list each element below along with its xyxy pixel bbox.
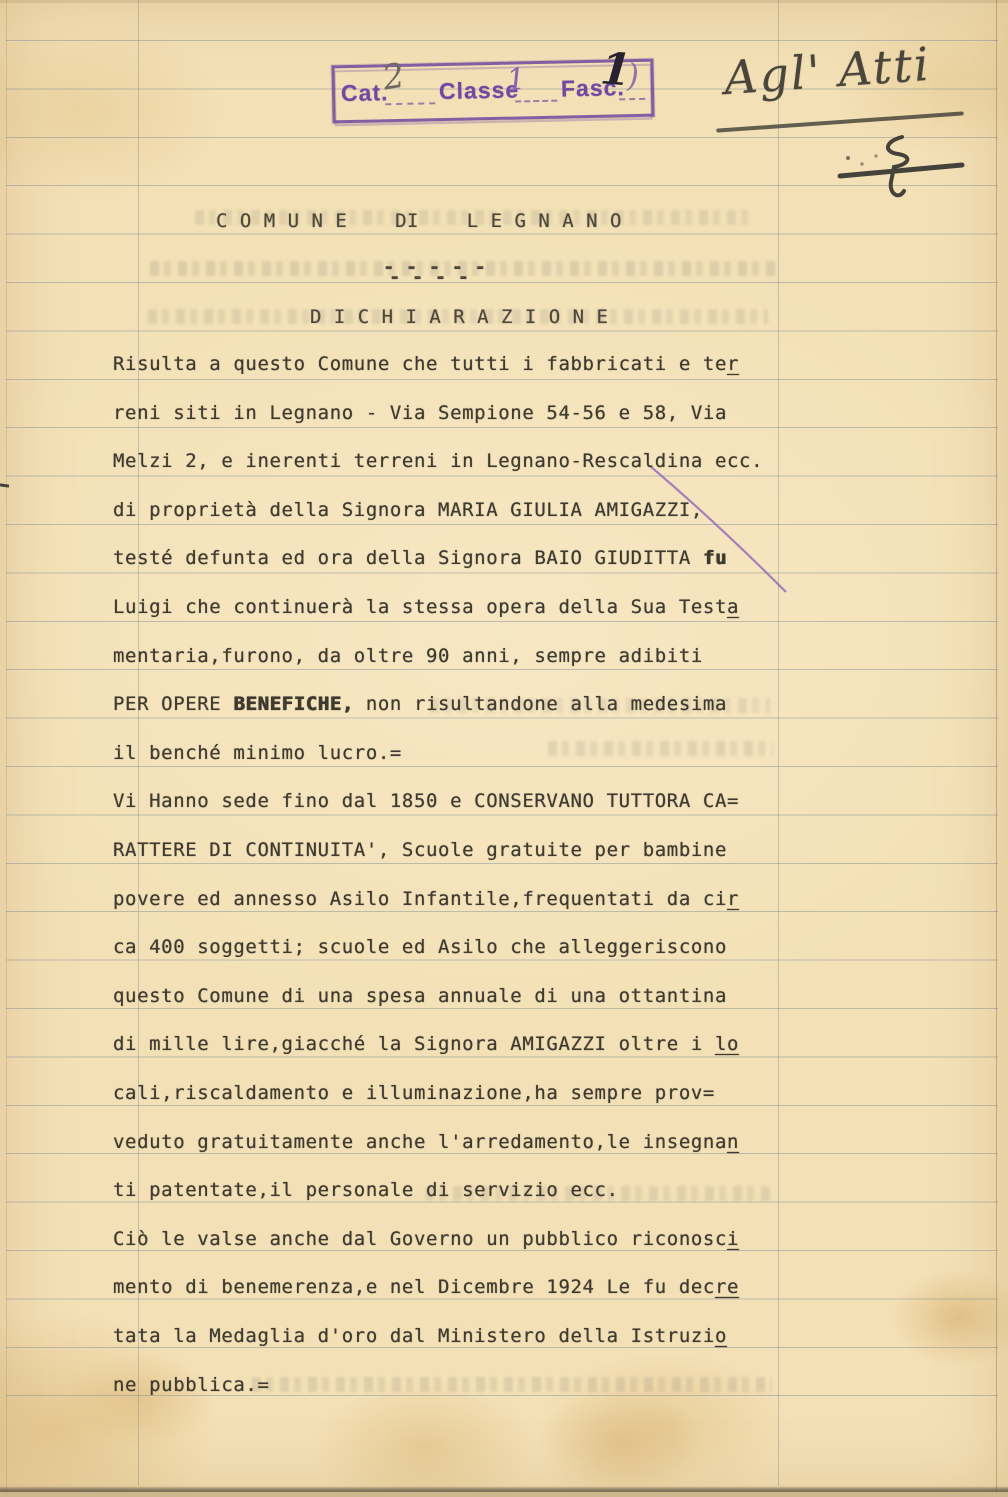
typed-line: ti patentate,il personale di servizio ec… (113, 1179, 619, 1201)
typed-line: Melzi 2, e inerenti terreni in Legnano-R… (113, 450, 763, 472)
document-title: C O M U N E DI L E G N A N O (216, 210, 622, 232)
typed-line: ca 400 soggetti; scuole ed Asilo che all… (113, 936, 727, 958)
typed-line: cali,riscaldamento e illuminazione,ha se… (113, 1082, 715, 1104)
typed-line: RATTERE DI CONTINUITA', Scuole gratuite … (113, 839, 727, 861)
typed-line: di proprietà della Signora MARIA GIULIA … (113, 499, 703, 521)
typed-line: testé defunta ed ora della Signora BAIO … (113, 547, 727, 569)
typed-line: Ciò le valse anche dal Governo un pubbli… (113, 1228, 739, 1250)
typed-line: ne pubblica.= (113, 1374, 270, 1396)
typed-line: mentaria,furono, da oltre 90 anni, sempr… (113, 645, 703, 667)
typed-line: veduto gratuitamente anche l'arredamento… (113, 1131, 739, 1153)
typed-line: di mille lire,giacché la Signora AMIGAZZ… (113, 1033, 739, 1055)
typed-line: Risulta a questo Comune che tutti i fabb… (113, 353, 739, 375)
typed-line: reni siti in Legnano - Via Sempione 54-5… (113, 402, 727, 424)
document-page: Cat. 2 Classe 1 Fasc. 1 ) Agl' Atti C O … (0, 0, 1008, 1497)
typed-line: PER OPERE BENEFICHE, non risultandone al… (113, 693, 727, 715)
typed-line: mento di benemerenza,e nel Dicembre 1924… (113, 1276, 739, 1298)
typed-line: Vi Hanno sede fino dal 1850 e CONSERVANO… (113, 790, 739, 812)
typed-line: tata la Medaglia d'oro dal Ministero del… (113, 1325, 727, 1347)
title-separator-row2: - - - - (389, 266, 469, 288)
document-subtitle: D I C H I A R A Z I O N E (310, 306, 608, 328)
typed-line: questo Comune di una spesa annuale di un… (113, 985, 727, 1007)
typed-line: Luigi che continuerà la stessa opera del… (113, 596, 739, 618)
typed-line: povere ed annesso Asilo Infantile,freque… (113, 888, 739, 910)
typed-line: il benché minimo lucro.= (113, 742, 402, 764)
